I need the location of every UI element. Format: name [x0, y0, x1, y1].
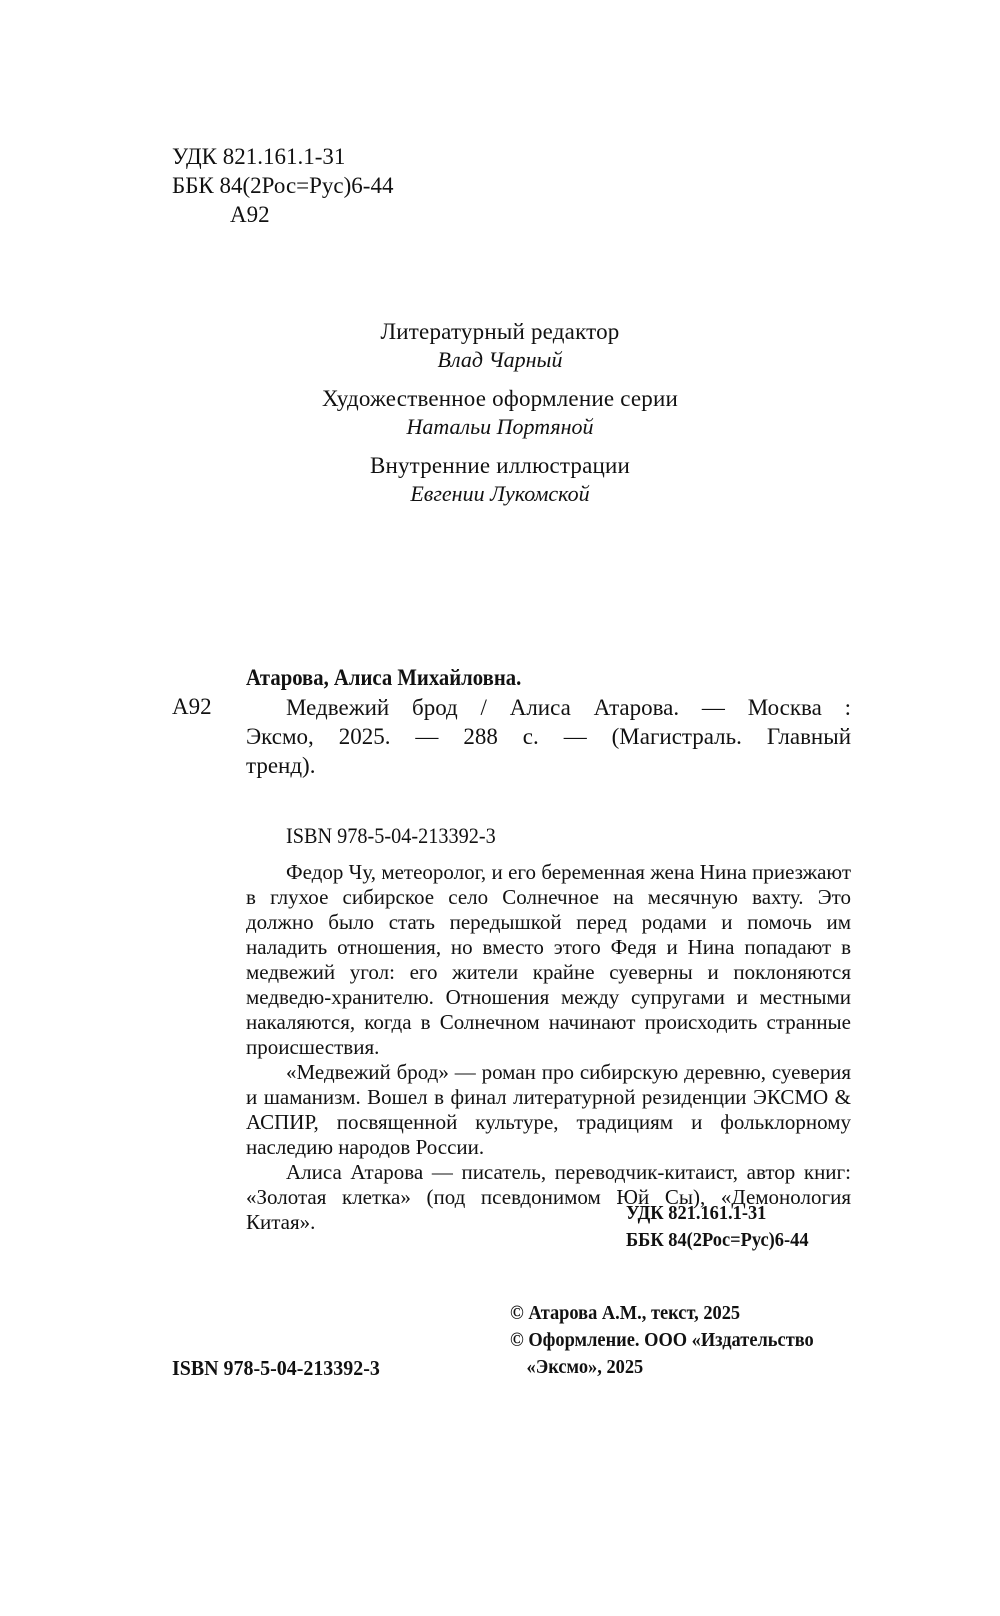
- catalog-isbn: ISBN 978-5-04-213392-3: [286, 822, 496, 850]
- annotation: Федор Чу, метеоролог, и его беременная ж…: [246, 860, 851, 1235]
- udk-code: УДК 821.161.1-31: [626, 1200, 809, 1227]
- bbk-code: ББК 84(2Рос=Рус)6-44: [626, 1227, 809, 1254]
- bibliographic-description: Медвежий брод / Алиса Атарова. — Москва …: [246, 693, 851, 780]
- copyright-design: © Оформление. ООО «Издательство: [510, 1327, 814, 1354]
- credit-name: Натальи Портяной: [0, 413, 1000, 441]
- credit-name: Влад Чарный: [0, 346, 1000, 374]
- credit-editor: Литературный редактор Влад Чарный: [0, 318, 1000, 374]
- udk-code: УДК 821.161.1-31: [172, 142, 393, 171]
- credit-series-design: Художественное оформление серии Натальи …: [0, 385, 1000, 441]
- credit-role: Художественное оформление серии: [0, 385, 1000, 413]
- copyright-design-cont: «Эксмо», 2025: [510, 1354, 814, 1381]
- bibliographic-line: тренд).: [246, 751, 851, 780]
- bibliographic-line: Медвежий брод / Алиса Атарова. — Москва …: [246, 693, 851, 722]
- credits-block: Литературный редактор Влад Чарный Художе…: [0, 318, 1000, 519]
- credit-name: Евгении Лукомской: [0, 480, 1000, 508]
- annotation-paragraph: Федор Чу, метеоролог, и его беременная ж…: [246, 860, 851, 1060]
- footer-classification-codes: УДК 821.161.1-31 ББК 84(2Рос=Рус)6-44: [626, 1200, 809, 1254]
- annotation-paragraph: «Медвежий брод» — роман про сибирскую де…: [246, 1060, 851, 1160]
- header-classification-codes: УДК 821.161.1-31 ББК 84(2Рос=Рус)6-44 А9…: [172, 142, 393, 229]
- credit-role: Внутренние иллюстрации: [0, 452, 1000, 480]
- credit-illustrations: Внутренние иллюстрации Евгении Лукомской: [0, 452, 1000, 508]
- catalog-author-heading: Атарова, Алиса Михайловна.: [246, 664, 521, 692]
- bibliographic-line: Эксмо, 2025. — 288 с. — (Магистраль. Гла…: [246, 722, 851, 751]
- author-mark: А92: [172, 200, 393, 229]
- bottom-isbn: ISBN 978-5-04-213392-3: [172, 1354, 380, 1382]
- copyright-text: © Атарова А.М., текст, 2025: [510, 1300, 814, 1327]
- copyright-block: © Атарова А.М., текст, 2025 © Оформление…: [510, 1300, 814, 1381]
- bbk-code: ББК 84(2Рос=Рус)6-44: [172, 171, 393, 200]
- credit-role: Литературный редактор: [0, 318, 1000, 346]
- catalog-author-mark: А92: [172, 693, 212, 721]
